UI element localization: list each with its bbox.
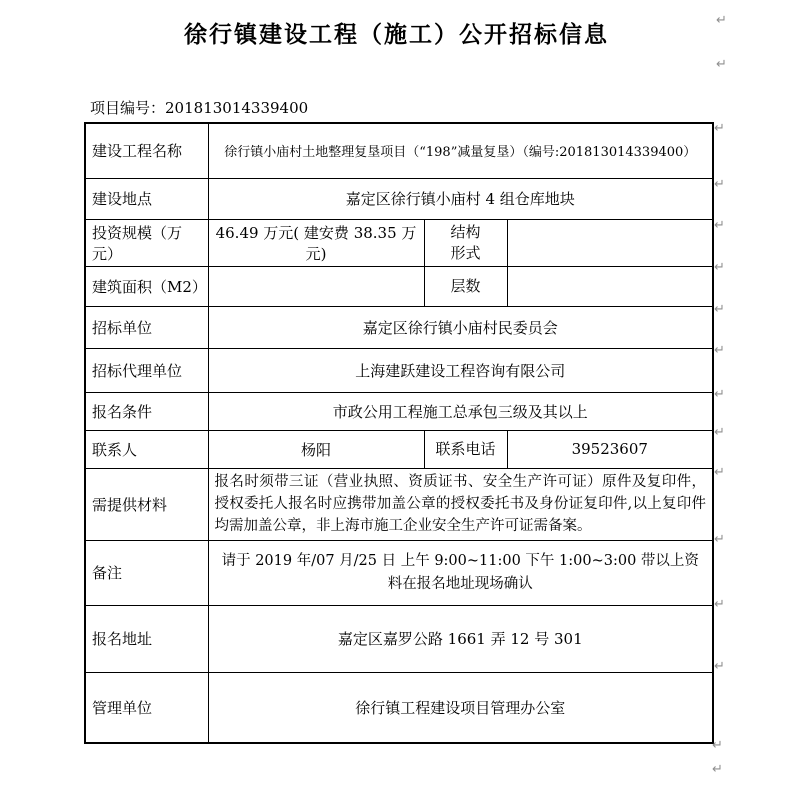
table-row: 招标单位 嘉定区徐行镇小庙村民委员会 bbox=[85, 306, 713, 348]
value-investment: 46.49 万元( 建安费 38.35 万元) bbox=[208, 219, 424, 266]
value-address: 嘉定区嘉罗公路 1661 弄 12 号 301 bbox=[208, 605, 713, 672]
value-agency: 上海建跃建设工程咨询有限公司 bbox=[208, 348, 713, 392]
value-project-name: 徐行镇小庙村土地整理复垦项目（“198”减量复垦）（编号:20181301433… bbox=[208, 123, 713, 178]
paragraph-mark-icon: ↵ bbox=[714, 533, 725, 546]
paragraph-mark-icon: ↵ bbox=[716, 58, 727, 71]
value-conditions: 市政公用工程施工总承包三级及其以上 bbox=[208, 392, 713, 430]
label-location: 建设地点 bbox=[85, 178, 208, 219]
value-phone: 39523607 bbox=[507, 430, 713, 468]
paragraph-mark-icon: ↵ bbox=[714, 466, 725, 479]
bid-info-table: 建设工程名称 徐行镇小庙村土地整理复垦项目（“198”减量复垦）（编号:2018… bbox=[84, 122, 714, 744]
value-remarks: 请于 2019 年/07 月/25 日 上午 9:00~11:00 下午 1:0… bbox=[208, 540, 713, 605]
table-row: 备注 请于 2019 年/07 月/25 日 上午 9:00~11:00 下午 … bbox=[85, 540, 713, 605]
paragraph-mark-icon: ↵ bbox=[714, 303, 725, 316]
paragraph-mark-icon: ↵ bbox=[714, 598, 725, 611]
value-floors bbox=[507, 266, 713, 306]
project-number-line: 项目编号：201813014339400 bbox=[90, 97, 308, 118]
table-row: 建筑面积（M2） 层数 bbox=[85, 266, 713, 306]
label-structure: 结构 形式 bbox=[424, 219, 507, 266]
label-project-name: 建设工程名称 bbox=[85, 123, 208, 178]
label-phone: 联系电话 bbox=[424, 430, 507, 468]
table-row: 投资规模（万元） 46.49 万元( 建安费 38.35 万元) 结构 形式 bbox=[85, 219, 713, 266]
paragraph-mark-icon: ↵ bbox=[714, 178, 725, 191]
paragraph-mark-icon: ↵ bbox=[714, 122, 725, 135]
label-address: 报名地址 bbox=[85, 605, 208, 672]
value-admin-unit: 徐行镇工程建设项目管理办公室 bbox=[208, 672, 713, 743]
table-row: 报名条件 市政公用工程施工总承包三级及其以上 bbox=[85, 392, 713, 430]
paragraph-mark-icon: ↵ bbox=[714, 388, 725, 401]
table-row: 报名地址 嘉定区嘉罗公路 1661 弄 12 号 301 bbox=[85, 605, 713, 672]
document-page: 徐行镇建设工程（施工）公开招标信息 项目编号：201813014339400 建… bbox=[0, 0, 793, 791]
table-row: 联系人 杨阳 联系电话 39523607 bbox=[85, 430, 713, 468]
table-row: 建设工程名称 徐行镇小庙村土地整理复垦项目（“198”减量复垦）（编号:2018… bbox=[85, 123, 713, 178]
label-remarks: 备注 bbox=[85, 540, 208, 605]
label-floor-area: 建筑面积（M2） bbox=[85, 266, 208, 306]
value-tender-unit: 嘉定区徐行镇小庙村民委员会 bbox=[208, 306, 713, 348]
label-tender-unit: 招标单位 bbox=[85, 306, 208, 348]
paragraph-mark-icon: ↵ bbox=[714, 660, 725, 673]
paragraph-mark-icon: ↵ bbox=[714, 219, 725, 232]
page-title: 徐行镇建设工程（施工）公开招标信息 bbox=[0, 16, 793, 49]
label-agency: 招标代理单位 bbox=[85, 348, 208, 392]
label-investment: 投资规模（万元） bbox=[85, 219, 208, 266]
label-conditions: 报名条件 bbox=[85, 392, 208, 430]
paragraph-mark-icon: ↵ bbox=[712, 763, 723, 776]
label-admin-unit: 管理单位 bbox=[85, 672, 208, 743]
paragraph-mark-icon: ↵ bbox=[714, 261, 725, 274]
paragraph-mark-icon: ↵ bbox=[716, 14, 727, 27]
paragraph-mark-icon: ↵ bbox=[714, 344, 725, 357]
label-materials: 需提供材料 bbox=[85, 468, 208, 540]
value-floor-area bbox=[208, 266, 424, 306]
project-number-label: 项目编号： bbox=[90, 99, 165, 117]
table-row: 需提供材料 报名时须带三证（营业执照、资质证书、安全生产许可证）原件及复印件，授… bbox=[85, 468, 713, 540]
label-floors: 层数 bbox=[424, 266, 507, 306]
value-structure bbox=[507, 219, 713, 266]
table-row: 建设地点 嘉定区徐行镇小庙村 4 组仓库地块 bbox=[85, 178, 713, 219]
project-number-value: 201813014339400 bbox=[165, 99, 308, 117]
paragraph-mark-icon: ↵ bbox=[714, 426, 725, 439]
table-row: 管理单位 徐行镇工程建设项目管理办公室 bbox=[85, 672, 713, 743]
table-row: 招标代理单位 上海建跃建设工程咨询有限公司 bbox=[85, 348, 713, 392]
paragraph-mark-icon: ↵ bbox=[712, 739, 723, 752]
label-contact: 联系人 bbox=[85, 430, 208, 468]
value-materials: 报名时须带三证（营业执照、资质证书、安全生产许可证）原件及复印件，授权委托人报名… bbox=[208, 468, 713, 540]
value-contact: 杨阳 bbox=[208, 430, 424, 468]
value-location: 嘉定区徐行镇小庙村 4 组仓库地块 bbox=[208, 178, 713, 219]
